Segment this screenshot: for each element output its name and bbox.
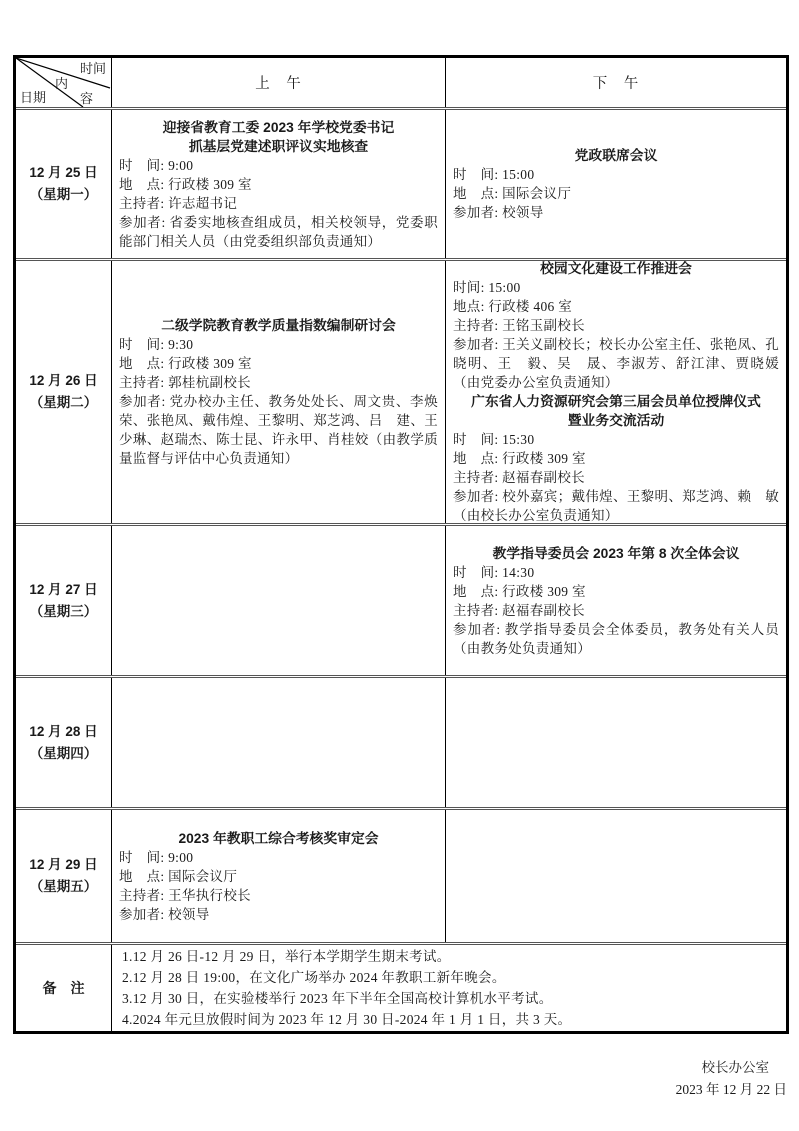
table-row-dec27: 12 月 27 日 （星期三） 教学指导委员会 2023 年第 8 次全体会议 …	[16, 523, 786, 675]
corner-header-cell: 时间 内 容 日期	[16, 58, 111, 107]
afternoon-cell-dec27: 教学指导委员会 2023 年第 8 次全体会议 时 间: 14:30 地 点: …	[445, 526, 786, 675]
event-title: 教学指导委员会 2023 年第 8 次全体会议	[453, 544, 779, 563]
remark-item: 4.2024 年元旦放假时间为 2023 年 12 月 30 日-2024 年 …	[122, 1009, 776, 1030]
table-row-dec28: 12 月 28 日 （星期四）	[16, 675, 786, 807]
afternoon-cell-dec29	[445, 810, 786, 942]
event-title: 2023 年教职工综合考核奖审定会	[119, 829, 438, 848]
event-title: 抓基层党建述职评议实地核查	[119, 137, 438, 156]
afternoon-column-header: 下 午	[445, 58, 786, 107]
table-row-dec26: 12 月 26 日 （星期二） 二级学院教育教学质量指数编制研讨会 时 间: 9…	[16, 258, 786, 523]
event-location: 地点: 行政楼 406 室	[453, 297, 779, 316]
date-cell-dec28: 12 月 28 日 （星期四）	[16, 678, 111, 807]
event-title: 暨业务交流活动	[453, 411, 779, 430]
afternoon-cell-dec28	[445, 678, 786, 807]
date-line-1: 12 月 25 日	[29, 162, 97, 184]
event-time: 时 间: 14:30	[453, 563, 779, 582]
event-time: 时间: 15:00	[453, 278, 779, 297]
event-title: 校园文化建设工作推进会	[453, 259, 779, 278]
date-line-2: （星期四）	[30, 743, 98, 765]
corner-label-content-2: 容	[80, 92, 93, 105]
event-location: 地 点: 国际会议厅	[119, 867, 438, 886]
date-line-1: 12 月 29 日	[29, 854, 97, 876]
date-line-2: （星期三）	[30, 601, 98, 623]
event-participants: 参加者: 教学指导委员会全体委员，教务处有关人员（由教务处负责通知）	[453, 620, 779, 658]
remarks-row: 备 注 1.12 月 26 日-12 月 29 日，举行本学期学生期末考试。 2…	[16, 942, 786, 1031]
morning-cell-dec25: 迎接省教育工委 2023 年学校党委书记 抓基层党建述职评议实地核查 时 间: …	[111, 110, 445, 258]
event-host: 主持者: 赵福春副校长	[453, 601, 779, 620]
event-location: 地 点: 行政楼 309 室	[453, 449, 779, 468]
event-host: 主持者: 王铭玉副校长	[453, 316, 779, 335]
date-line-2: （星期二）	[30, 392, 98, 414]
event-host: 主持者: 郭桂杭副校长	[119, 373, 438, 392]
event-participants: 参加者: 党办校办主任、教务处处长、周文贵、李焕荣、张艳凤、戴伟煌、王黎明、郑芝…	[119, 392, 438, 468]
afternoon-cell-dec26: 校园文化建设工作推进会 时间: 15:00 地点: 行政楼 406 室 主持者:…	[445, 261, 786, 523]
event-host: 主持者: 赵福春副校长	[453, 468, 779, 487]
corner-label-time: 时间	[80, 62, 106, 75]
event-title: 迎接省教育工委 2023 年学校党委书记	[119, 118, 438, 137]
event-location: 地 点: 行政楼 309 室	[119, 175, 438, 194]
morning-cell-dec29: 2023 年教职工综合考核奖审定会 时 间: 9:00 地 点: 国际会议厅 主…	[111, 810, 445, 942]
footer-office: 校长办公室	[389, 1057, 789, 1079]
event-location: 地 点: 国际会议厅	[453, 184, 779, 203]
date-cell-dec29: 12 月 29 日 （星期五）	[16, 810, 111, 942]
event-participants: 参加者: 王关义副校长；校长办公室主任、张艳凤、孔晓明、王 毅、吴 晟、李淑芳、…	[453, 335, 779, 392]
event-location: 地 点: 行政楼 309 室	[453, 582, 779, 601]
remarks-label: 备 注	[16, 945, 111, 1031]
event-participants: 参加者: 省委实地核查组成员，相关校领导，党委职能部门相关人员（由党委组织部负责…	[119, 213, 438, 251]
corner-label-date: 日期	[20, 91, 46, 104]
corner-label-content-1: 内	[55, 77, 68, 90]
remark-item: 2.12 月 28 日 19:00，在文化广场举办 2024 年教职工新年晚会。	[122, 967, 776, 988]
event-time: 时 间: 15:00	[453, 165, 779, 184]
event-host: 主持者: 许志超书记	[119, 194, 438, 213]
event-title: 二级学院教育教学质量指数编制研讨会	[119, 316, 438, 335]
remark-item: 1.12 月 26 日-12 月 29 日，举行本学期学生期末考试。	[122, 946, 776, 967]
event-participants: 参加者: 校领导	[453, 203, 779, 222]
morning-cell-dec26: 二级学院教育教学质量指数编制研讨会 时 间: 9:30 地 点: 行政楼 309…	[111, 261, 445, 523]
table-row-dec25: 12 月 25 日 （星期一） 迎接省教育工委 2023 年学校党委书记 抓基层…	[16, 107, 786, 258]
schedule-table: 时间 内 容 日期 上 午 下 午 12 月 25 日 （星期一） 迎接省教育工…	[13, 55, 789, 1034]
date-line-1: 12 月 26 日	[29, 370, 97, 392]
event-time: 时 间: 15:30	[453, 430, 779, 449]
afternoon-cell-dec25: 党政联席会议 时 间: 15:00 地 点: 国际会议厅 参加者: 校领导	[445, 110, 786, 258]
event-participants: 参加者: 校领导	[119, 905, 438, 924]
footer-signature: 校长办公室 2023 年 12 月 22 日	[389, 1057, 789, 1101]
event-host: 主持者: 王华执行校长	[119, 886, 438, 905]
date-line-2: （星期一）	[30, 184, 98, 206]
event-participants: 参加者: 校外嘉宾；戴伟煌、王黎明、郑芝鸿、赖 敏（由校长办公室负责通知）	[453, 487, 779, 525]
event-time: 时 间: 9:30	[119, 335, 438, 354]
table-header-row: 时间 内 容 日期 上 午 下 午	[16, 58, 786, 107]
event-title: 党政联席会议	[453, 146, 779, 165]
event-location: 地 点: 行政楼 309 室	[119, 354, 438, 373]
date-cell-dec25: 12 月 25 日 （星期一）	[16, 110, 111, 258]
remarks-body: 1.12 月 26 日-12 月 29 日，举行本学期学生期末考试。 2.12 …	[111, 945, 786, 1031]
date-cell-dec26: 12 月 26 日 （星期二）	[16, 261, 111, 523]
date-cell-dec27: 12 月 27 日 （星期三）	[16, 526, 111, 675]
event-title: 广东省人力资源研究会第三届会员单位授牌仪式	[453, 392, 779, 411]
date-line-1: 12 月 27 日	[29, 579, 97, 601]
table-row-dec29: 12 月 29 日 （星期五） 2023 年教职工综合考核奖审定会 时 间: 9…	[16, 807, 786, 942]
morning-cell-dec28	[111, 678, 445, 807]
page: 时间 内 容 日期 上 午 下 午 12 月 25 日 （星期一） 迎接省教育工…	[0, 0, 799, 1131]
footer-date: 2023 年 12 月 22 日	[389, 1079, 789, 1101]
date-line-1: 12 月 28 日	[29, 721, 97, 743]
date-line-2: （星期五）	[30, 876, 98, 898]
remark-item: 3.12 月 30 日，在实验楼举行 2023 年下半年全国高校计算机水平考试。	[122, 988, 776, 1009]
event-time: 时 间: 9:00	[119, 848, 438, 867]
morning-cell-dec27	[111, 526, 445, 675]
morning-column-header: 上 午	[111, 58, 445, 107]
event-time: 时 间: 9:00	[119, 156, 438, 175]
